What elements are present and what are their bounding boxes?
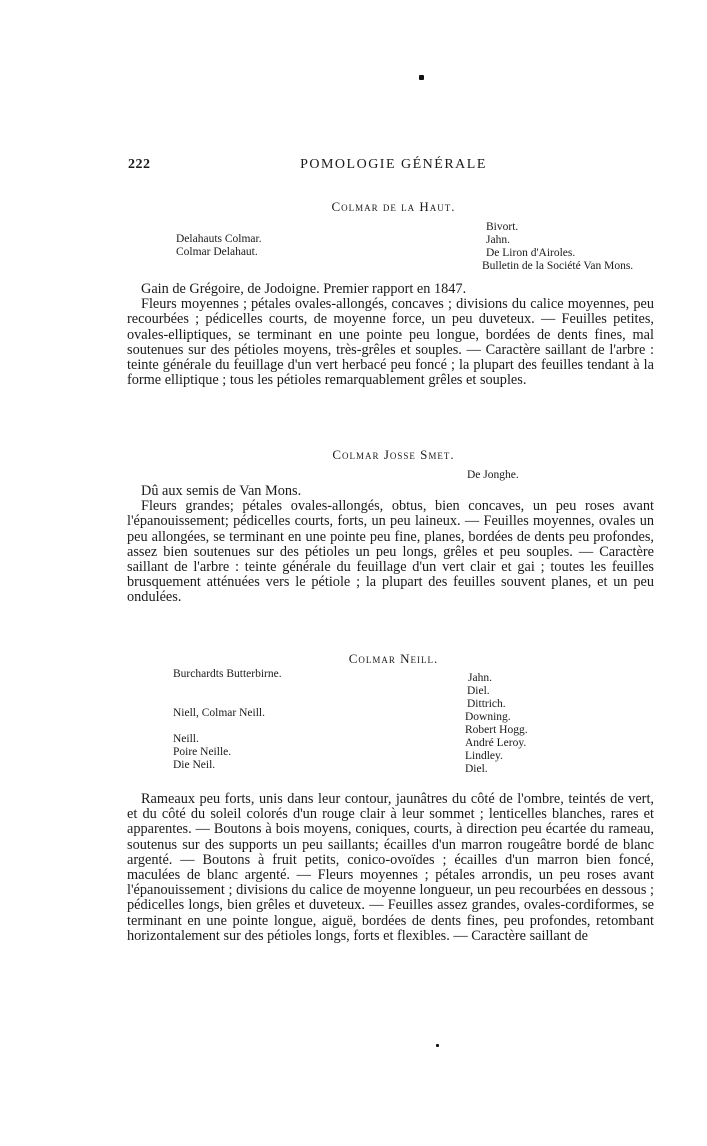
synonym: Die Neil.: [173, 759, 282, 772]
entry-title: Colmar Josse Smet.: [0, 447, 707, 463]
authority: Jahn.: [465, 672, 528, 685]
authority: André Leroy.: [465, 737, 528, 750]
synonym-spacer: [173, 720, 282, 733]
paragraph: Fleurs grandes; pétales ovales-allongés,…: [127, 499, 654, 605]
synonym-spacer: [173, 694, 282, 707]
authorities-list: Bivort. Jahn. De Liron d'Airoles. Bullet…: [472, 221, 633, 273]
paragraph: Dû aux semis de Van Mons.: [127, 484, 654, 499]
ink-speck: [419, 75, 424, 80]
synonym: Colmar Delahaut.: [176, 246, 262, 259]
entry-body: Dû aux semis de Van Mons. Fleurs grandes…: [127, 484, 654, 606]
authority: Jahn.: [472, 234, 633, 247]
authority: De Jonghe.: [467, 469, 519, 482]
authority: Dittrich.: [465, 698, 528, 711]
running-head: POMOLOGIE GÉNÉRALE: [0, 157, 707, 173]
ink-speck: [436, 1044, 439, 1047]
authority: Downing.: [465, 711, 528, 724]
authority: Robert Hogg.: [465, 724, 528, 737]
synonyms-list: Delahauts Colmar. Colmar Delahaut.: [176, 233, 262, 259]
entry-body: Gain de Grégoire, de Jodoigne. Premier r…: [127, 282, 654, 388]
entry-title: Colmar de la Haut.: [0, 199, 707, 215]
synonym: Niell, Colmar Neill.: [173, 707, 282, 720]
authorities-list: Jahn. Diel. Dittrich. Downing. Robert Ho…: [465, 672, 528, 776]
authority: Bulletin de la Société Van Mons.: [472, 260, 633, 273]
entry-title: Colmar Neill.: [0, 651, 707, 667]
authority: Diel.: [465, 685, 528, 698]
synonym-spacer: [173, 681, 282, 694]
synonym: Burchardts Butterbirne.: [173, 668, 282, 681]
paragraph: Fleurs moyennes ; pétales ovales-allongé…: [127, 297, 654, 388]
entry-body: Rameaux peu forts, unis dans leur contou…: [127, 792, 654, 944]
authorities-list: De Jonghe.: [467, 469, 519, 482]
authority: De Liron d'Airoles.: [472, 247, 633, 260]
authority: Lindley.: [465, 750, 528, 763]
authority: Diel.: [465, 763, 528, 776]
synonyms-list: Burchardts Butterbirne. Niell, Colmar Ne…: [173, 668, 282, 772]
authority: Bivort.: [472, 221, 633, 234]
book-page: 222 POMOLOGIE GÉNÉRALE Colmar de la Haut…: [0, 0, 707, 1146]
paragraph: Gain de Grégoire, de Jodoigne. Premier r…: [127, 282, 654, 297]
synonym: Neill.: [173, 733, 282, 746]
paragraph: Rameaux peu forts, unis dans leur contou…: [127, 792, 654, 944]
synonym: Poire Neille.: [173, 746, 282, 759]
synonym: Delahauts Colmar.: [176, 233, 262, 246]
